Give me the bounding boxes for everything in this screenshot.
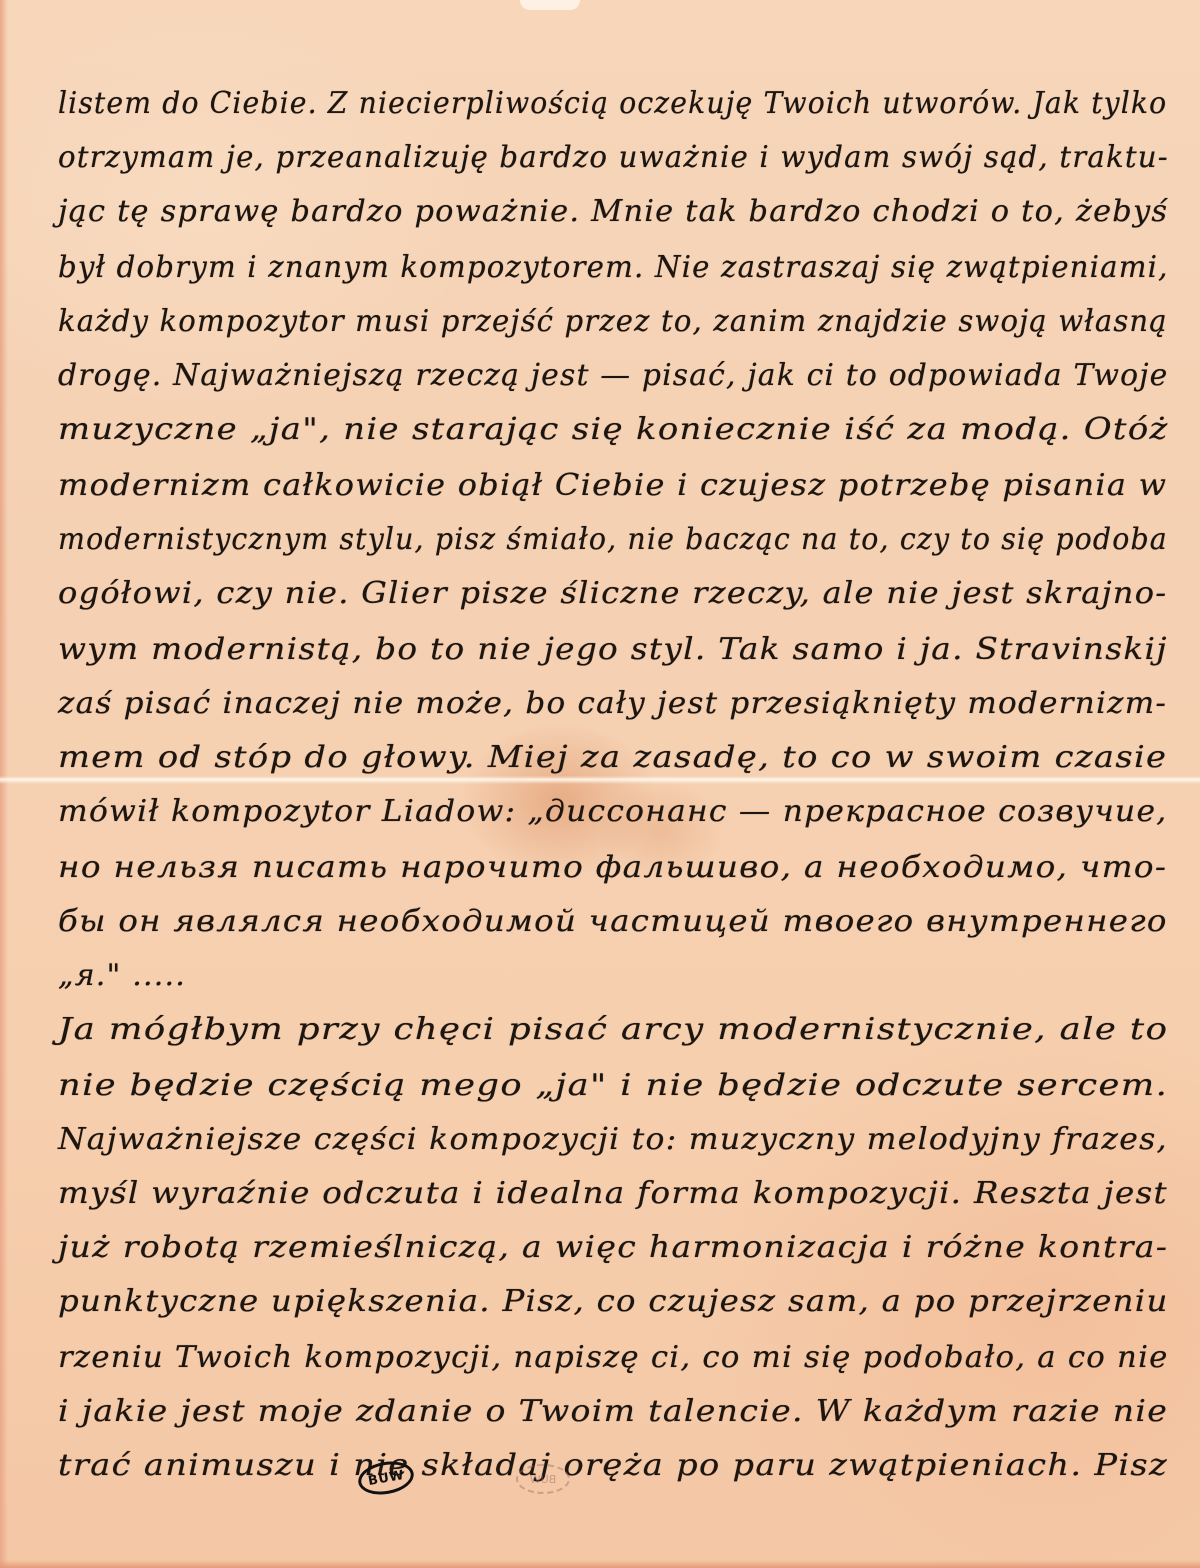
faint-stamp-label: BUW	[530, 1473, 556, 1486]
text-line: punktyczne upiększenia. Pisz, co czujesz…	[58, 1284, 1169, 1319]
text-line: listem do Ciebie. Z niecierpliwością ocz…	[58, 86, 1167, 121]
text-line-russian-quote: но нельзя писать нарочито фальшиво, а не…	[58, 850, 1167, 885]
text-line-russian-quote: „я." .....	[58, 958, 186, 993]
text-line: już robotą rzemieślniczą, a więc harmoni…	[58, 1230, 1168, 1265]
text-line: mem od stóp do głowy. Miej za zasadę, to…	[58, 740, 1167, 775]
text-line: myśl wyraźnie odczuta i idealna forma ko…	[58, 1176, 1168, 1211]
paper-edge-left	[0, 0, 8, 1568]
text-line: muzyczne „ja", nie starając się konieczn…	[58, 412, 1169, 447]
paper-fold-crease	[0, 776, 1200, 784]
text-line: każdy kompozytor musi przejść przez to, …	[58, 304, 1168, 339]
text-line: modernizm całkowicie obiął Ciebie i czuj…	[58, 468, 1167, 503]
text-line-russian-quote: бы он являлся необходимой частицей твоег…	[58, 904, 1168, 939]
text-line: rzeniu Twoich kompozycji, napiszę ci, co…	[58, 1340, 1169, 1375]
text-line: drogę. Najważniejszą rzeczą jest — pisać…	[58, 358, 1168, 393]
text-line: jąc tę sprawę bardzo poważnie. Mnie tak …	[58, 194, 1168, 229]
library-stamp-label: BUW	[367, 1467, 405, 1488]
text-line: ogółowi, czy nie. Glier pisze śliczne rz…	[58, 576, 1167, 611]
text-line: zaś pisać inaczej nie może, bo cały jest…	[58, 686, 1167, 721]
text-line: wym modernistą, bo to nie jego styl. Tak…	[58, 632, 1168, 667]
paper-edge-bottom	[0, 1560, 1200, 1568]
text-line: i jakie jest moje zdanie o Twoim talenci…	[58, 1394, 1168, 1429]
paper-tear-top	[520, 0, 580, 10]
text-line: otrzymam je, przeanalizuję bardzo uważni…	[58, 140, 1169, 175]
text-line-russian-quote: mówił kompozytor Liadow: „диссонанс — пр…	[58, 794, 1167, 829]
text-line: nie będzie częścią mego „ja" i nie będzi…	[58, 1068, 1168, 1103]
text-line: trać animuszu i nie składaj oręża po par…	[58, 1448, 1168, 1483]
letter-page: listem do Ciebie. Z niecierpliwością ocz…	[0, 0, 1200, 1568]
text-line: modernistycznym stylu, pisz śmiało, nie …	[58, 522, 1168, 557]
faint-stamp-bleedthrough: BUW	[516, 1464, 570, 1494]
text-line: Najważniejsze części kompozycji to: muzy…	[58, 1122, 1168, 1157]
text-line: Ja mógłbym przy chęci pisać arcy moderni…	[58, 1012, 1168, 1047]
text-line: był dobrym i znanym kompozytorem. Nie za…	[58, 250, 1169, 285]
